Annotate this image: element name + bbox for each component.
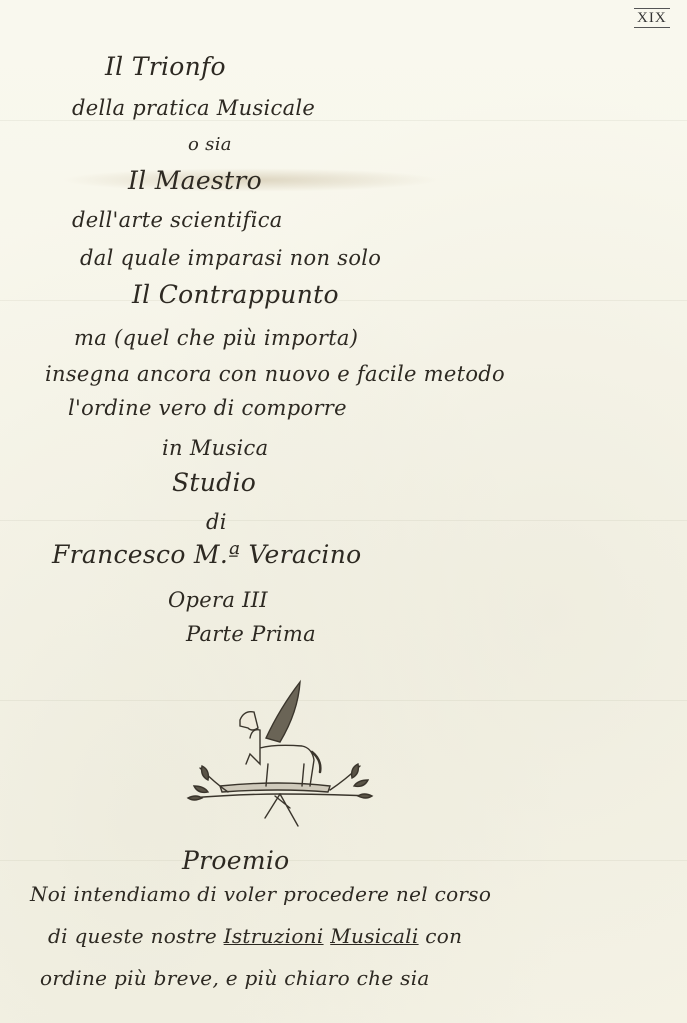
bleed-through-line (0, 120, 687, 121)
title-line-5: dell'arte scientifica (72, 208, 283, 232)
title-line-1: Il Trionfo (105, 52, 226, 81)
part-line: Parte Prima (186, 622, 316, 646)
opus-line: Opera III (168, 588, 268, 612)
proemio-heading: Proemio (182, 846, 289, 875)
bleed-through-line (0, 520, 687, 521)
pegasus-on-laurel-icon (180, 668, 380, 838)
title-line-3: o sia (188, 134, 232, 155)
manuscript-page: XIX Il Trionfo della pratica Musicale o … (0, 0, 687, 1023)
title-line-9: insegna ancora con nuovo e facile metodo (45, 362, 505, 386)
proemio-text: con (419, 924, 463, 948)
proemio-line-1: Noi intendiamo di voler procedere nel co… (30, 882, 491, 906)
proemio-underlined-word: Musicali (330, 924, 418, 948)
title-line-12: Studio (172, 468, 256, 497)
title-line-11: in Musica (162, 436, 268, 460)
title-line-4: Il Maestro (128, 166, 262, 195)
proemio-text: di queste nostre (48, 924, 224, 948)
title-line-7: Il Contrappunto (132, 280, 339, 309)
page-number: XIX (634, 8, 670, 28)
bleed-through-line (0, 300, 687, 301)
title-line-10: l'ordine vero di comporre (68, 396, 347, 420)
title-line-6: dal quale imparasi non solo (80, 246, 381, 270)
proemio-underlined-word: Istruzioni (224, 924, 324, 948)
bleed-through-line (0, 860, 687, 861)
author-line: Francesco M.ª Veracino (52, 540, 361, 569)
title-line-8: ma (quel che più importa) (74, 326, 358, 350)
proemio-line-3: ordine più breve, e più chiaro che sia (40, 966, 430, 990)
title-line-2: della pratica Musicale (72, 96, 315, 120)
title-line-13: di (206, 510, 227, 534)
proemio-line-2: di queste nostre Istruzioni Musicali con (48, 924, 462, 948)
